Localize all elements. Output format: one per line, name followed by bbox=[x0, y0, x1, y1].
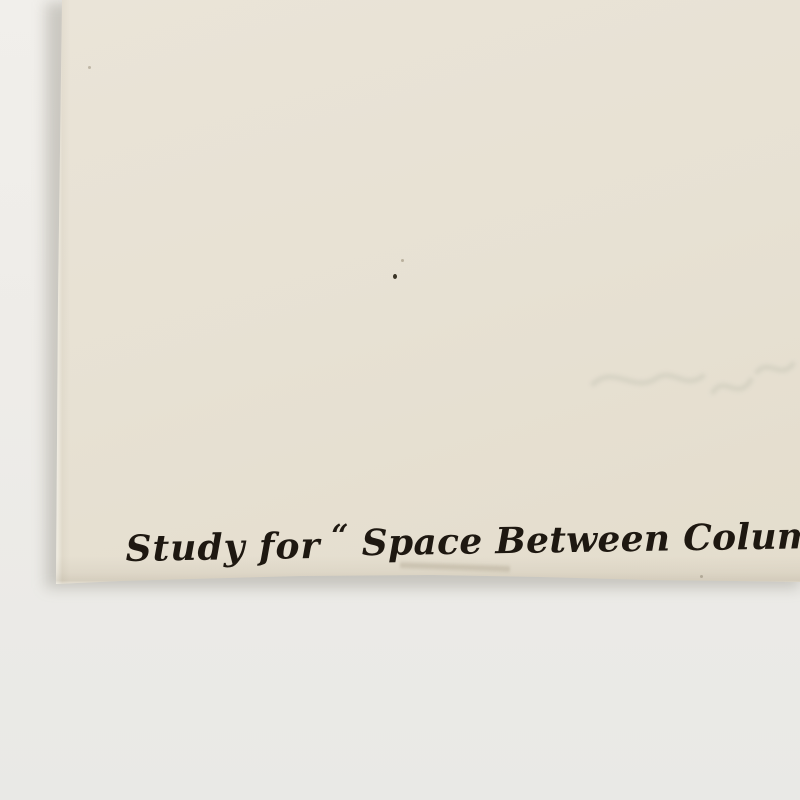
paper-sheet: Study for “ Space Between Columns ” 3 bbox=[0, 0, 800, 800]
paper-speck bbox=[700, 575, 703, 578]
paper-speck bbox=[401, 259, 404, 262]
photo-backdrop: Study for “ Space Between Columns ” 3 bbox=[0, 0, 800, 800]
inscription-prefix: Study for bbox=[125, 525, 321, 570]
paper-speck bbox=[88, 66, 91, 69]
ink-speck bbox=[393, 274, 397, 279]
show-through-marks bbox=[585, 336, 800, 431]
inscription: Study for “ Space Between Columns ” 3 bbox=[125, 515, 800, 575]
open-quote-mark: “ bbox=[331, 518, 351, 553]
inscription-title: Space Between Columns bbox=[361, 514, 800, 564]
